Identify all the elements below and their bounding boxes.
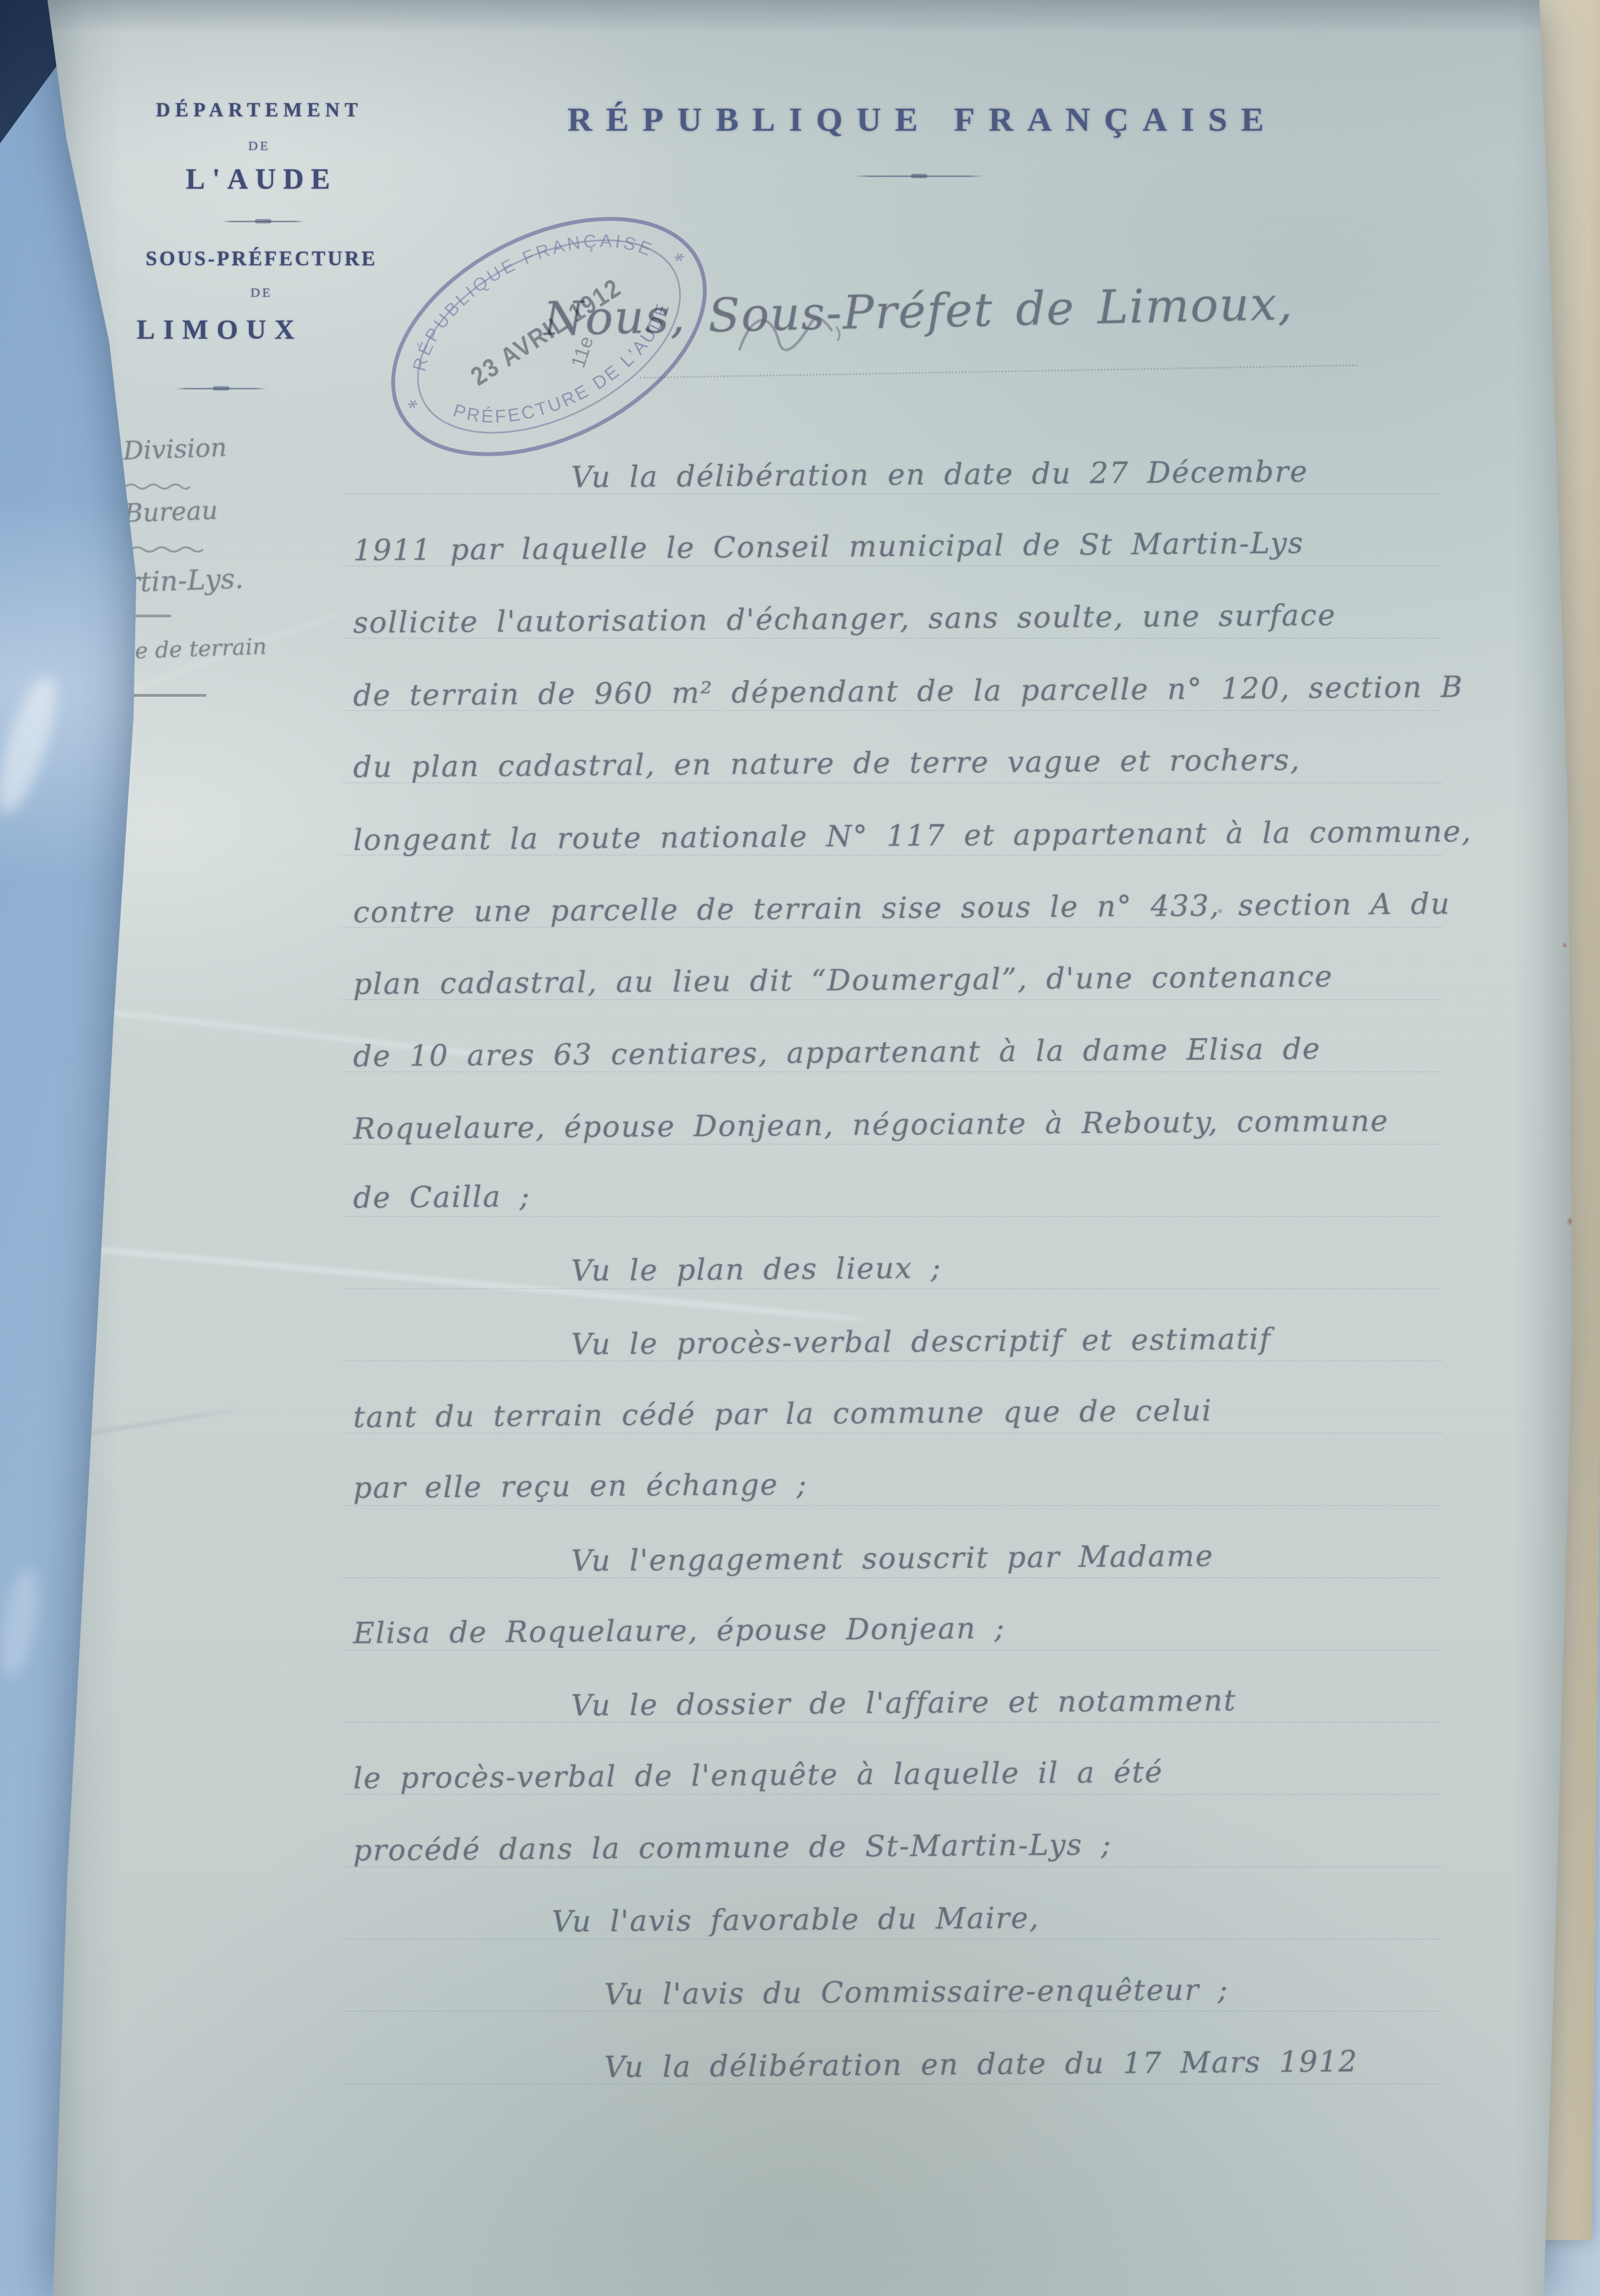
prefecture-stamp: RÉPUBLIQUE FRANÇAISE PRÉFECTURE DE L'AUD… <box>356 210 742 463</box>
stamp-number: 11e <box>566 333 598 370</box>
manuscript-line: procédé dans la commune de St-Martin-Lys… <box>353 1828 1112 1868</box>
manuscript-line: 1911 par laquelle le Conseil municipal d… <box>353 526 1304 568</box>
underline-squiggle <box>106 544 205 554</box>
margin-note: 2e Division <box>83 432 227 467</box>
republic-title: RÉPUBLIQUE FRANÇAISE <box>567 100 1277 140</box>
paper-crease <box>18 1409 236 1446</box>
letterhead-de-label: DE <box>248 139 270 154</box>
ruled-line <box>341 2083 1442 2084</box>
foxing-spot <box>9 1878 22 1889</box>
manuscript-line: plan cadastral, au lieu dit “Doumergal”,… <box>353 960 1334 1001</box>
letterhead-limoux-label: LIMOUX <box>136 313 302 345</box>
manuscript-line: tant du terrain cédé par la commune que … <box>353 1394 1213 1434</box>
foxing-spot <box>1567 2218 1575 2224</box>
manuscript-line: Vu le dossier de l'affaire et notamment <box>571 1684 1237 1722</box>
margin-note: St-Martin-Lys. <box>42 563 244 602</box>
document-page: DÉPARTEMENT DE L'AUDE SOUS-PRÉFECTURE DE… <box>0 0 1600 2296</box>
ruled-line <box>341 1939 1442 1940</box>
ruled-line <box>341 1505 1442 1506</box>
manuscript-line: de 10 ares 63 centiares, appartenant à l… <box>353 1032 1321 1074</box>
letterhead-sous-prefecture-label: SOUS-PRÉFECTURE <box>146 247 377 271</box>
manuscript-line: contre une parcelle de terrain sise sous… <box>353 887 1450 930</box>
manuscript-line: sollicite l'autorisation d'échanger, san… <box>353 599 1336 640</box>
paper-edge-shading-left <box>39 0 121 2296</box>
manuscript-line: Roquelaure, épouse Donjean, négociante à… <box>353 1104 1389 1146</box>
manuscript-line: de Cailla ; <box>353 1180 531 1215</box>
underline-short <box>125 615 171 617</box>
ruled-line <box>341 1722 1442 1723</box>
margin-note: 1er Bureau <box>72 495 218 530</box>
foxing-spot <box>1561 942 1568 948</box>
manuscript-line: Vu le procès-verbal descriptif et estima… <box>571 1322 1272 1361</box>
ruled-line <box>341 1577 1442 1578</box>
margin-note: Échange de terrain <box>50 634 267 667</box>
manuscript-line: Vu la délibération en date du 17 Mars 19… <box>604 2045 1358 2085</box>
ink-speck <box>721 903 725 907</box>
ruled-line <box>341 2011 1442 2012</box>
letterhead-de-label: DE <box>250 286 273 301</box>
manuscript-line: du plan cadastral, en nature de terre va… <box>353 743 1301 784</box>
paraph-mark <box>734 298 855 375</box>
foxing-spot <box>1566 1217 1576 1226</box>
letterhead-ornament <box>175 388 266 389</box>
manuscript-line: de terrain de 960 m² dépendant de la par… <box>353 670 1464 713</box>
letterhead-department-label: DÉPARTEMENT <box>156 98 362 121</box>
republic-ornament <box>854 175 984 177</box>
foxing-spot <box>25 1739 33 1745</box>
underline-squiggle <box>125 481 191 491</box>
manuscript-line: Vu l'avis du Commissaire-enquêteur ; <box>604 1973 1229 2012</box>
paper-edge-shading-top <box>0 0 1600 33</box>
paper-edge-shading-right <box>1514 0 1575 2296</box>
ruled-line <box>341 1649 1442 1651</box>
ruled-line <box>341 1360 1442 1361</box>
manuscript-line: Vu l'avis favorable du Maire, <box>552 1902 1040 1939</box>
letterhead-ornament <box>222 221 305 222</box>
ruled-line <box>341 1216 1442 1217</box>
photo-of-document: DÉPARTEMENT DE L'AUDE SOUS-PRÉFECTURE DE… <box>0 0 1600 2296</box>
manuscript-line: Vu le plan des lieux ; <box>571 1251 942 1288</box>
paper-surface: DÉPARTEMENT DE L'AUDE SOUS-PRÉFECTURE DE… <box>0 0 1600 2296</box>
manuscript-line: le procès-verbal de l'enquête à laquelle… <box>353 1755 1164 1796</box>
manuscript-line: par elle reçu en échange ; <box>353 1468 808 1505</box>
manuscript-line: Vu l'engagement souscrit par Madame <box>571 1539 1214 1578</box>
underline-long <box>97 694 206 697</box>
letterhead-aude-label: L'AUDE <box>186 163 337 196</box>
manuscript-line: longeant la route nationale N° 117 et ap… <box>353 815 1472 857</box>
ink-speck <box>1218 909 1222 913</box>
manuscript-line: Elisa de Roquelaure, épouse Donjean ; <box>353 1611 1006 1650</box>
foxing-spot <box>14 1811 31 1824</box>
foxing-spot <box>1571 1622 1582 1632</box>
ruled-line <box>341 1288 1442 1289</box>
ruled-line <box>341 493 1442 494</box>
ruled-line <box>341 1866 1442 1867</box>
